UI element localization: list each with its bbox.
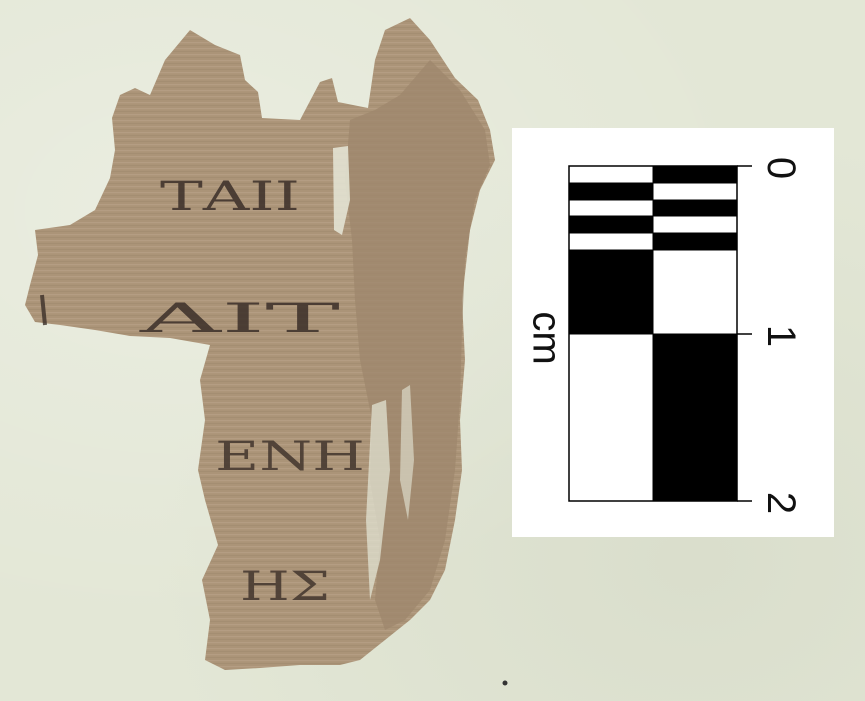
scale-bar-segments <box>569 166 737 501</box>
tick-label-0: 0 <box>761 157 801 179</box>
unit-label: cm <box>527 311 567 364</box>
scale-ticks <box>737 166 752 501</box>
tick-label-2: 2 <box>761 492 801 514</box>
scale-bar <box>0 0 865 701</box>
tick-label-1: 1 <box>761 325 801 347</box>
